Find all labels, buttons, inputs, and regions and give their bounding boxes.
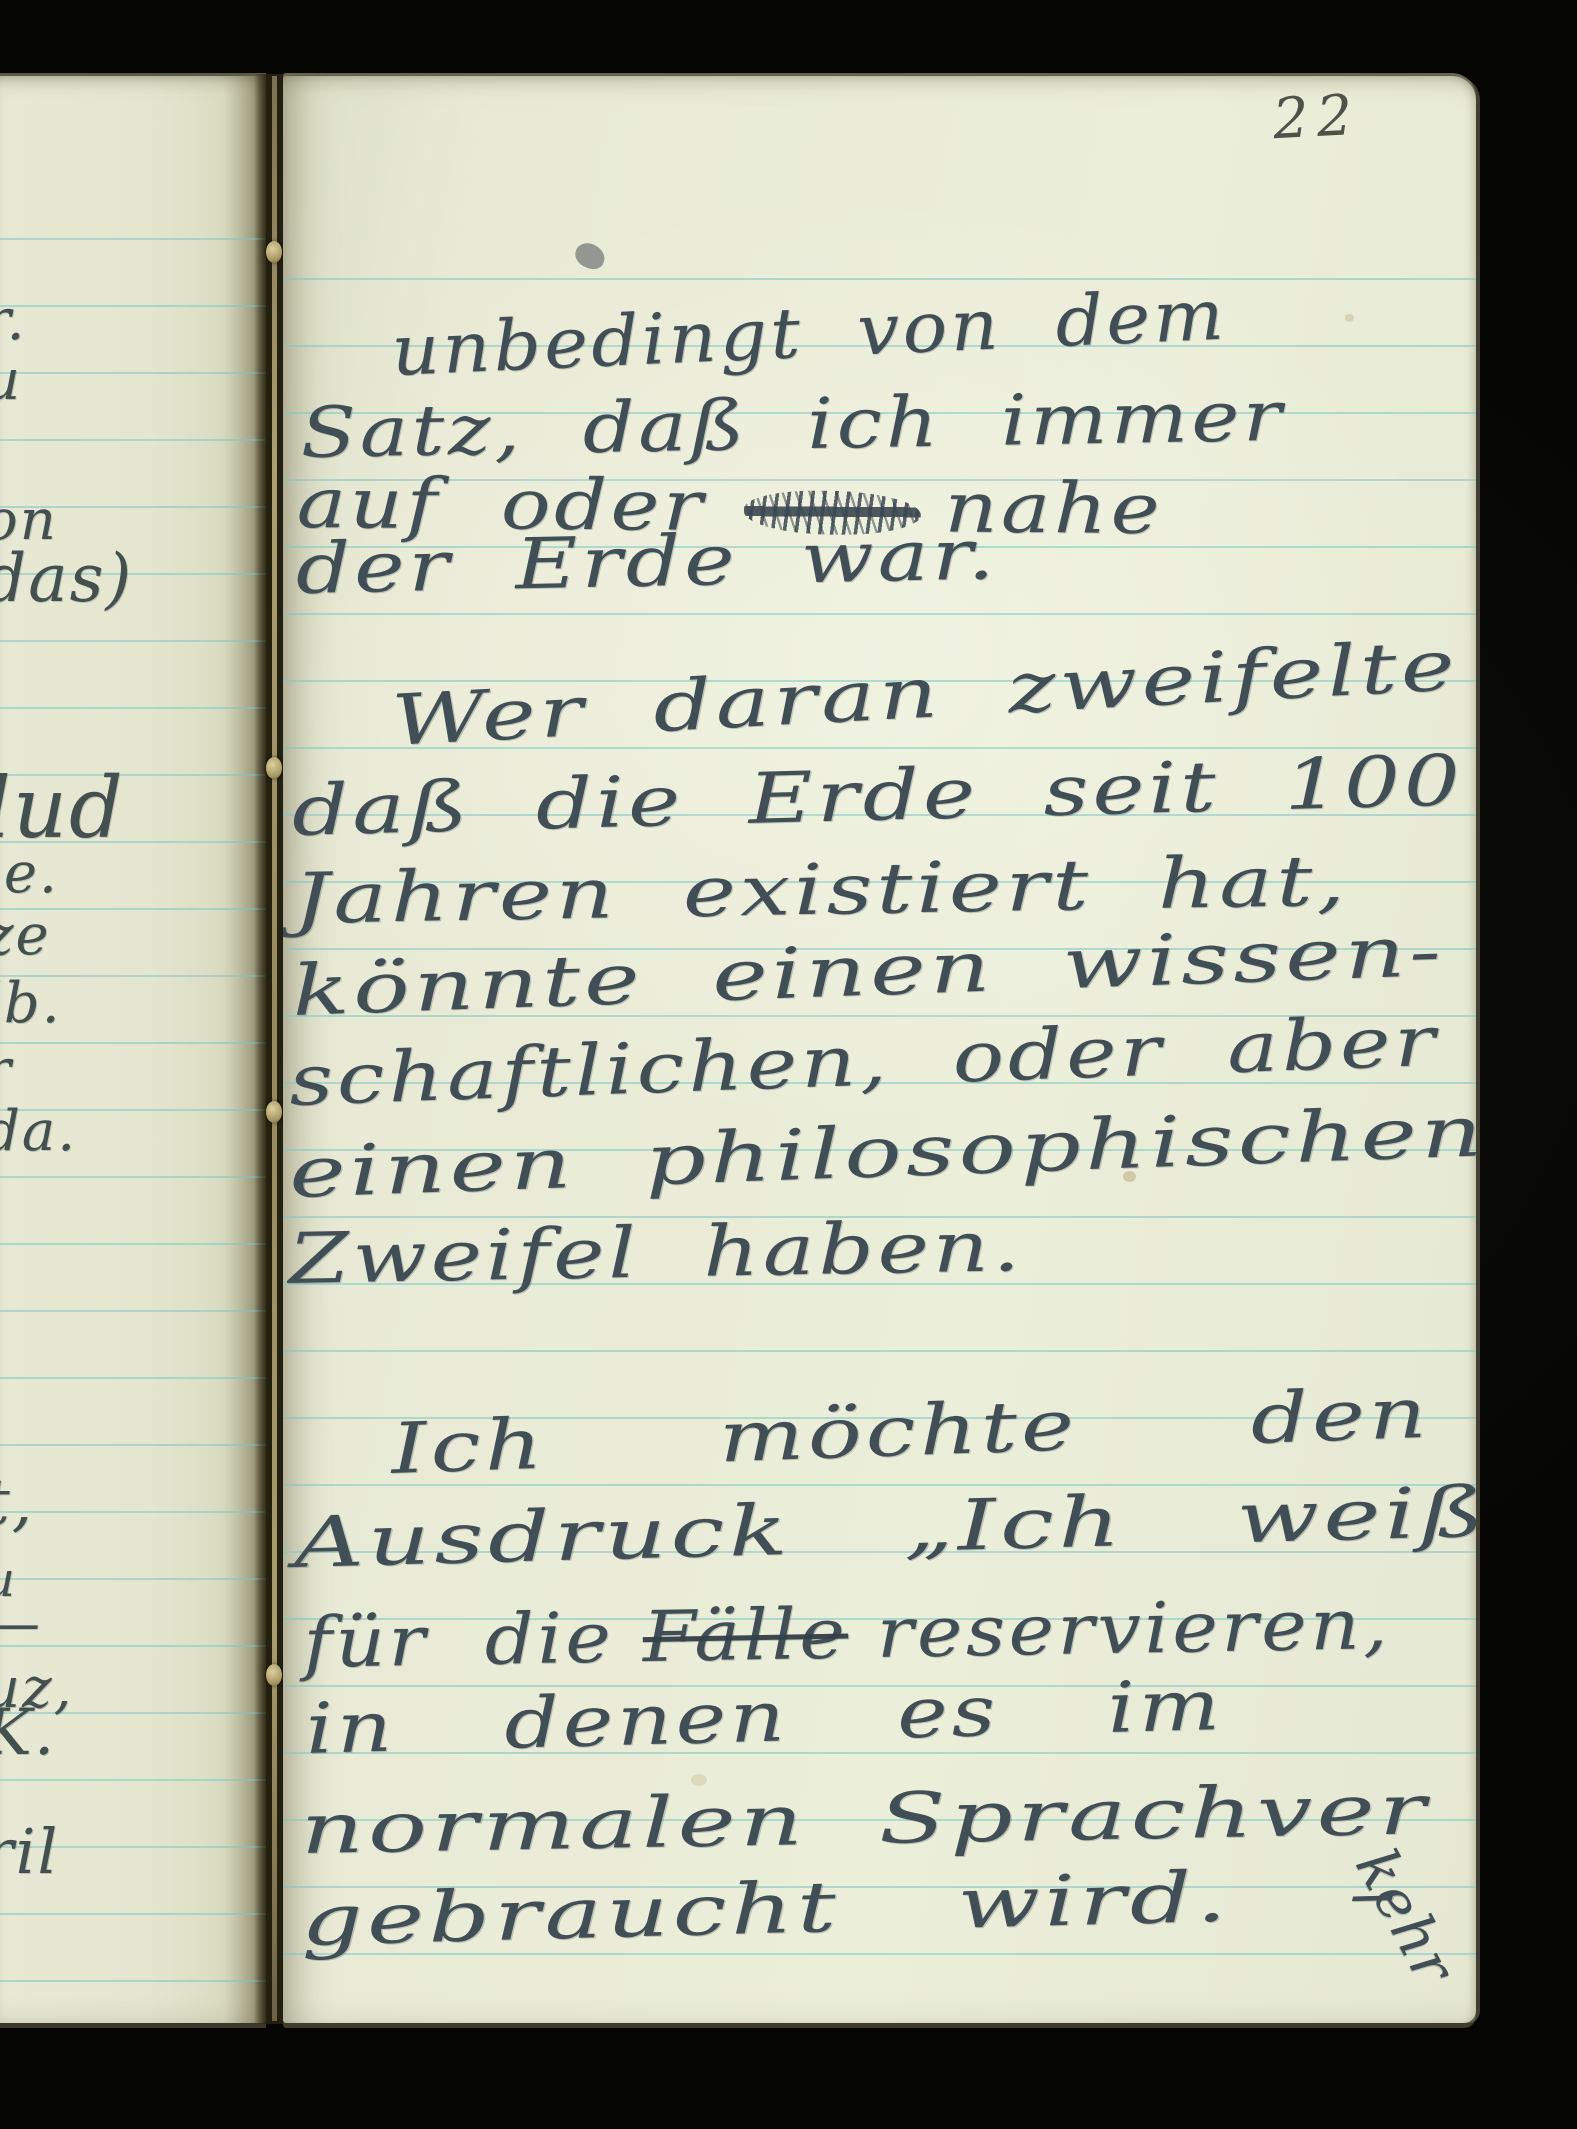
- paper-stain: [1345, 314, 1354, 322]
- page-fragment: ze: [0, 908, 51, 964]
- page-fragment: lb.: [0, 976, 62, 1032]
- left-page: r. u . on das) lud ie. ze lb. r da. t, u…: [0, 76, 266, 2023]
- page-fragment: ie.: [0, 846, 59, 902]
- handwriting-segment: reservieren,: [876, 1583, 1391, 1674]
- photo-background: r. u . on das) lud ie. ze lb. r da. t, u…: [0, 0, 1577, 2129]
- page-fragment: da.: [0, 1104, 77, 1160]
- handwriting-line: der Erde war.: [295, 519, 999, 604]
- page-number: 22: [1272, 88, 1362, 148]
- struck-word: Fälle: [642, 1592, 849, 1678]
- handwriting-segment: für die: [303, 1597, 615, 1684]
- page-fragment: K.: [0, 1701, 56, 1765]
- page-fragment: .: [0, 398, 4, 454]
- handwriting-line: Zweifel haben.: [288, 1211, 1024, 1294]
- page-fragment: r.: [0, 293, 26, 349]
- stitch-knot: [266, 241, 282, 263]
- page-fragment: —: [0, 1596, 42, 1652]
- stitch-knot: [266, 757, 282, 779]
- binding-thread: [272, 76, 277, 2021]
- stitch-knot: [266, 1664, 282, 1686]
- page-fragment: ril: [0, 1821, 59, 1883]
- page-fragment: r: [0, 1043, 13, 1099]
- right-page: 22 unbedingt von dem Satz, daß ich immer…: [283, 76, 1476, 2023]
- stitch-knot: [266, 1101, 282, 1123]
- handwriting-line: Satz, daß ich immer: [300, 381, 1286, 468]
- handwriting-line: normalen Sprachver: [300, 1774, 1430, 1864]
- ink-blot: [572, 240, 608, 273]
- handwriting-line: für dieFällereservieren,: [303, 1589, 1391, 1678]
- page-fragment: das): [0, 546, 133, 612]
- page-fragment: lud: [0, 766, 125, 850]
- page-fragment: t,: [0, 1471, 34, 1535]
